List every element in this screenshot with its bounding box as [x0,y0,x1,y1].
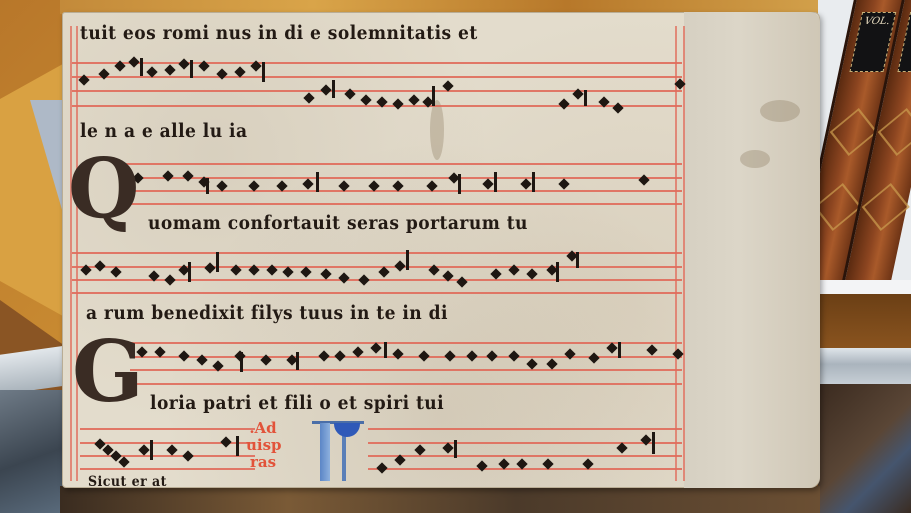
rubric-text: .Ad uisp ras [246,420,280,471]
staff-line [130,342,682,344]
neume-stem-icon [576,252,579,268]
staff-line [80,455,255,457]
margin-ruling-right [683,26,685,481]
lyric-line-3: uomam confortauit seras portarum tu [148,212,528,234]
decorated-initial-g: G [72,330,144,414]
neume-stem-icon [454,440,457,458]
neume-stem-icon [316,172,319,192]
display-case-glass-left [0,390,66,513]
staff-line [72,62,682,64]
neume-stem-icon [532,172,535,192]
parchment-stain [740,150,770,168]
neume-stem-icon [406,250,409,270]
staff-line [80,468,255,470]
gilt-ornament-icon [878,108,911,156]
neume-stem-icon [240,352,243,372]
neume-stem-icon [618,342,621,358]
book-volume-label: VOL. [907,13,911,31]
display-case-bottom [60,486,820,513]
neume-stem-icon [652,432,655,454]
display-case-rail [818,348,911,384]
rubric-line: uisp [246,437,280,454]
neume-stem-icon [494,172,497,192]
staff-line [72,266,682,268]
neume-stem-icon [332,80,335,98]
staff-line [120,163,682,165]
parchment-stain [760,100,800,122]
display-case-glass [818,384,911,513]
staff-line [72,252,682,254]
staff-line [130,369,682,371]
margin-ruling-right [675,26,677,481]
staff-line [130,383,682,385]
bookshelf: VOL. VOL. 2 [818,0,911,290]
neume-stem-icon [236,436,239,456]
staff-line [72,90,682,92]
neume-stem-icon [206,178,209,194]
staff-line [120,203,682,205]
neume-stem-icon [150,440,153,460]
shelf-plate [818,280,911,294]
gilt-ornament-icon [862,183,910,231]
lyric-line-2: le n a e alle lu ia [80,120,247,142]
rubric-line: ras [246,454,280,471]
staff-line [72,76,682,78]
staff-line [120,190,682,192]
book-volume-number: 2 [903,31,911,49]
neume-stem-icon [584,90,587,106]
staff-line [72,105,682,107]
neume-stem-icon [556,262,559,282]
lyric-line-5: loria patri et fili o et spiri tui [150,392,444,414]
neume-stem-icon [296,352,299,370]
staff-line [80,428,255,430]
staff-line [368,428,682,430]
book-volume-label: VOL. [859,13,895,31]
neume-stem-icon [384,342,387,358]
neume-stem-icon [140,58,143,76]
blue-initial-icon [312,421,362,481]
staff-line [72,292,682,294]
neume-stem-icon [432,86,435,106]
book-spine-label: VOL. 2 [897,12,911,72]
rubric-line: .Ad [246,420,280,437]
neume-stem-icon [190,60,193,78]
staff-line [368,455,682,457]
shelf-wood [818,294,911,349]
parchment-stain [430,100,444,160]
neume-stem-icon [188,262,191,282]
lyric-line-1: tuit eos romi nus in di e solemnitatis e… [80,22,478,44]
neume-stem-icon [216,252,219,272]
staff-line [368,442,682,444]
decorated-initial-q: Q [68,148,139,230]
photo-scene: VOL. VOL. 2 [0,0,911,513]
manuscript-blank-margin [684,12,820,488]
neume-stem-icon [458,174,461,194]
neume-stem-icon [262,62,265,82]
lyric-line-4: a rum benedixit filys tuus in te in di [86,302,448,324]
staff-line [368,468,682,470]
lyric-line-6: Sicut er at [88,474,167,490]
